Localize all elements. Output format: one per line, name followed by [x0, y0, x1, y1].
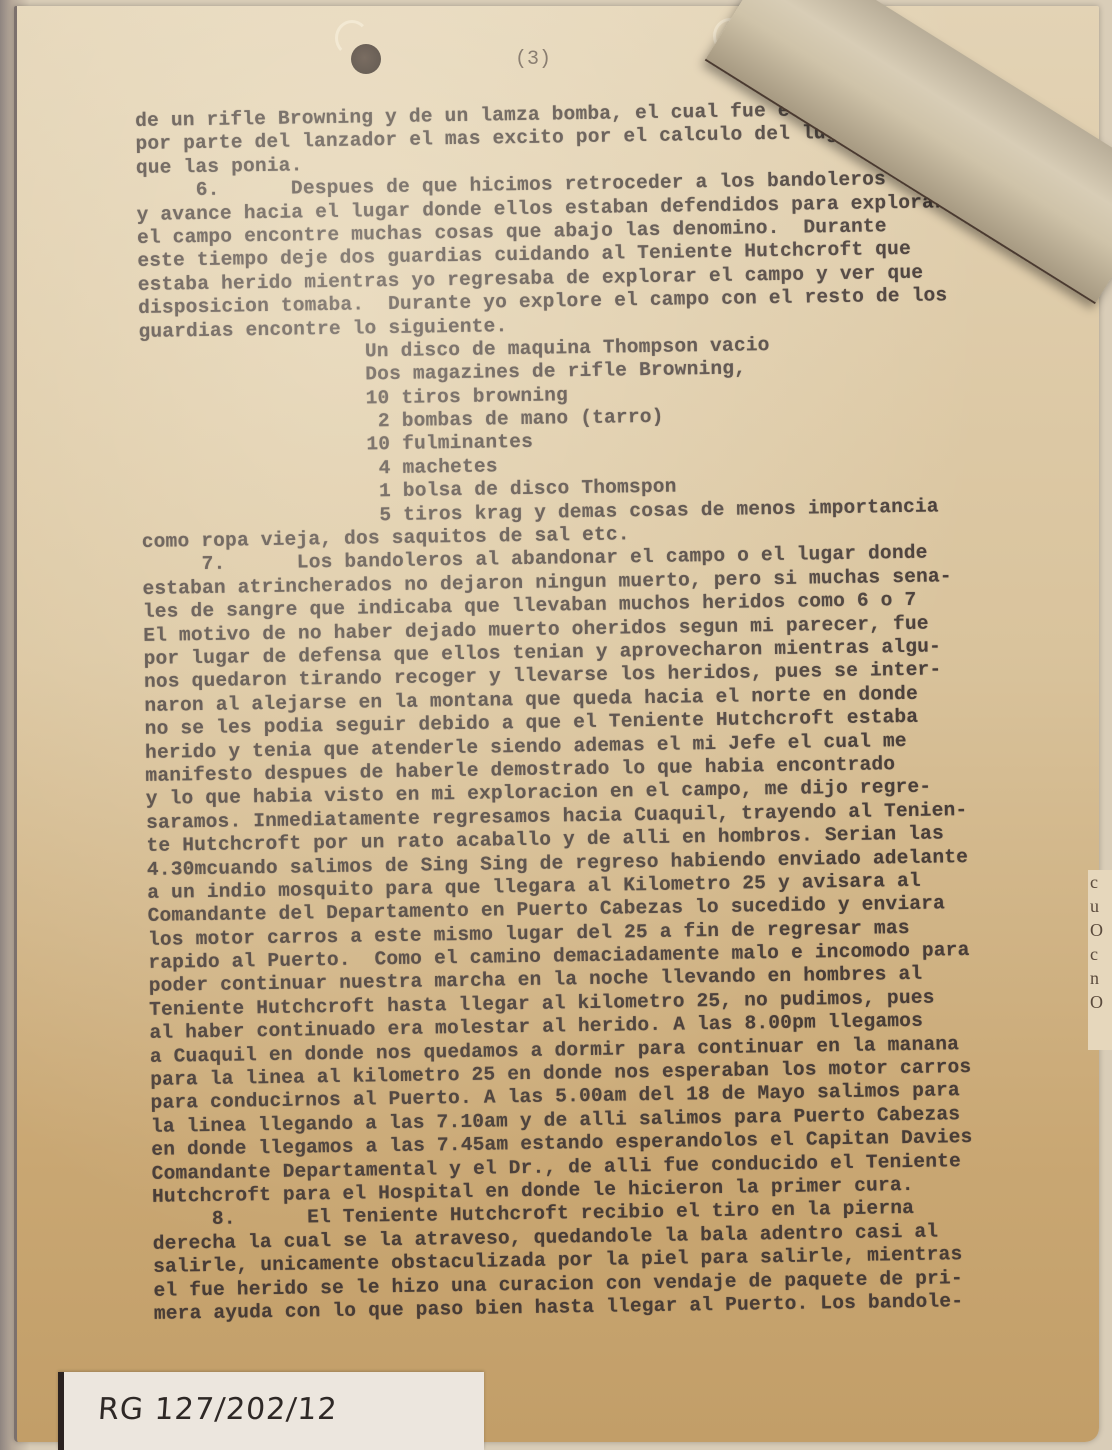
archive-label-card: RG 127/202/12 [58, 1372, 484, 1450]
edge-fragment: u [1090, 894, 1112, 918]
edge-fragment: n [1090, 966, 1112, 990]
edge-fragment: c [1090, 870, 1112, 894]
edge-fragment: O [1090, 990, 1112, 1014]
archive-reference: RG 127/202/12 [97, 1392, 339, 1427]
edge-fragment: c [1090, 942, 1112, 966]
adjacent-page-edge: cuOcnO [1088, 870, 1112, 1050]
punch-hole-left [351, 44, 381, 74]
typed-document-page: (3) de un rifle Browning y de un lamza b… [14, 6, 1099, 1442]
edge-fragment: O [1090, 918, 1112, 942]
document-body: de un rifle Browning y de un lamza bomba… [135, 95, 1112, 1326]
page-number: (3) [515, 48, 551, 71]
